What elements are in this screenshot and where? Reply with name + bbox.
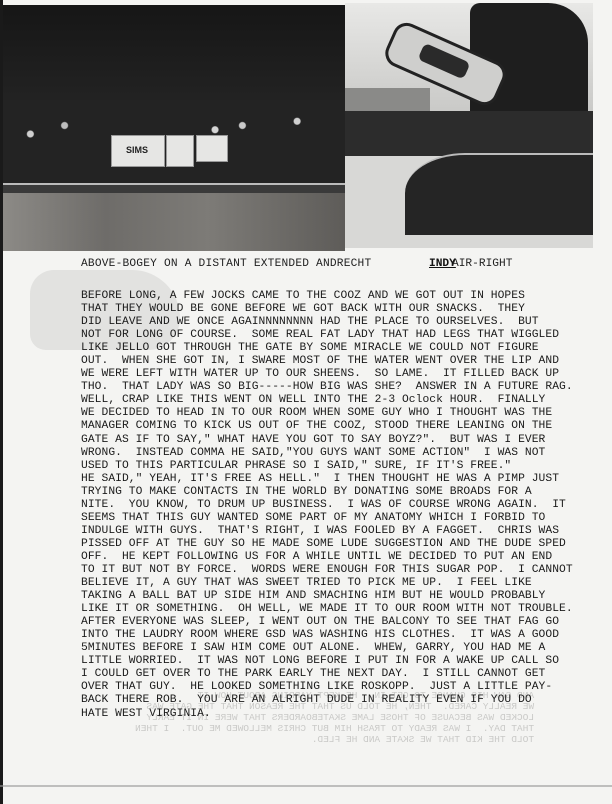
text-line: OVER THAT GUY. HE LOOKED SOMETHING LIKE … <box>81 681 611 694</box>
text-line: WE DECIDED TO HEAD IN TO OUR ROOM WHEN S… <box>81 407 611 420</box>
board-graphic <box>418 43 471 80</box>
banner-2 <box>166 135 194 167</box>
bowl-wall <box>3 193 345 251</box>
text-line: LIKE IT OR SOMETHING. OH WELL, WE MADE I… <box>81 603 611 616</box>
text-line: TAKING A BALL BAT UP SIDE HIM AND SMACHI… <box>81 590 611 603</box>
text-line: TRYING TO MAKE CONTACTS IN THE WORLD BY … <box>81 486 611 499</box>
text-line: DID LEAVE AND WE ONCE AGAINNNNNNNN HAD T… <box>81 316 611 329</box>
caption-right: AIR-RIGHT <box>452 258 512 270</box>
photo-indy-air <box>345 3 593 248</box>
text-line: HATE WEST VIRGINIA. <box>81 708 611 721</box>
text-line: INTO THE LAUDRY ROOM WHERE GSD WAS WASHI… <box>81 629 611 642</box>
crowd <box>345 111 593 156</box>
photo-caption: ABOVE-BOGEY ON A DISTANT EXTENDED ANDREC… <box>81 258 371 270</box>
text-line: PISSED OFF AT THE GUY SO HE MADE SOME LU… <box>81 538 611 551</box>
text-line: WELL, CRAP LIKE THIS WENT ON WELL INTO T… <box>81 394 611 407</box>
text-line: WE WERE LEFT WITH WATER UP TO OUR SHEENS… <box>81 368 611 381</box>
text-line: LIKE JELLO GOT THROUGH THE GATE BY SOME … <box>81 342 611 355</box>
article-body: BEFORE LONG, A FEW JOCKS CAME TO THE COO… <box>81 290 611 721</box>
text-line: LITTLE WORRIED. IT WAS NOT LONG BEFORE I… <box>81 655 611 668</box>
text-line: WRONG. INSTEAD COMMA HE SAID,"YOU GUYS W… <box>81 447 611 460</box>
bowl <box>405 153 593 235</box>
building-roof <box>345 88 430 113</box>
sponsor-banner: SIMS <box>111 135 165 167</box>
text-line: I COULD GET OVER TO THE PARK EARLY THE N… <box>81 668 611 681</box>
text-line: BEFORE LONG, A FEW JOCKS CAME TO THE COO… <box>81 290 611 303</box>
banner-label: SIMS <box>126 145 148 155</box>
text-line: OUT. WHEN SHE GOT IN, I SWARE MOST OF TH… <box>81 355 611 368</box>
text-line: AFTER EVERYONE WAS SLEEP, I WENT OUT ON … <box>81 616 611 629</box>
text-line: BELIEVE IT, A GUY THAT WAS SWEET TRIED T… <box>81 577 611 590</box>
photo-background <box>3 5 345 105</box>
text-line: SEEMS THAT THIS GUY WANTED SOME PART OF … <box>81 512 611 525</box>
text-line: BACK THERE ROB. YOU ARE AN ALRIGHT DUDE … <box>81 694 611 707</box>
text-line: TO IT BUT NOT BY FORCE. WORDS WERE ENOUG… <box>81 564 611 577</box>
text-line: USED TO THIS PARTICULAR PHRASE SO I SAID… <box>81 460 611 473</box>
photo-crowd-bowl-deck: SIMS <box>3 5 345 251</box>
page-bottom-edge <box>0 785 612 787</box>
text-line: THO. THAT LADY WAS SO BIG-----HOW BIG WA… <box>81 381 611 394</box>
text-line: OFF. HE KEPT FOLLOWING US FOR A WHILE UN… <box>81 551 611 564</box>
text-line: MANAGER COMING TO KICK US OUT OF THE COO… <box>81 420 611 433</box>
text-line: THAT THEY WOULD BE GONE BEFORE WE GOT BA… <box>81 303 611 316</box>
text-line: GATE AS IF TO SAY," WHAT HAVE YOU GOT TO… <box>81 434 611 447</box>
text-line: INDULGE WITH GUYS. THAT'S RIGHT, I WAS F… <box>81 525 611 538</box>
text-line: 5MINUTES BEFORE I SAW HIM COME OUT ALONE… <box>81 642 611 655</box>
text-line: HE SAID," YEAH, IT'S FREE AS HELL." I TH… <box>81 473 611 486</box>
text-line: NITE. YOU KNOW, TO DRUM UP BUSINESS. I W… <box>81 499 611 512</box>
bowl-coping <box>3 183 345 193</box>
text-line: NOT FOR LONG OF COURSE. SOME REAL FAT LA… <box>81 329 611 342</box>
banner-3 <box>196 135 228 162</box>
